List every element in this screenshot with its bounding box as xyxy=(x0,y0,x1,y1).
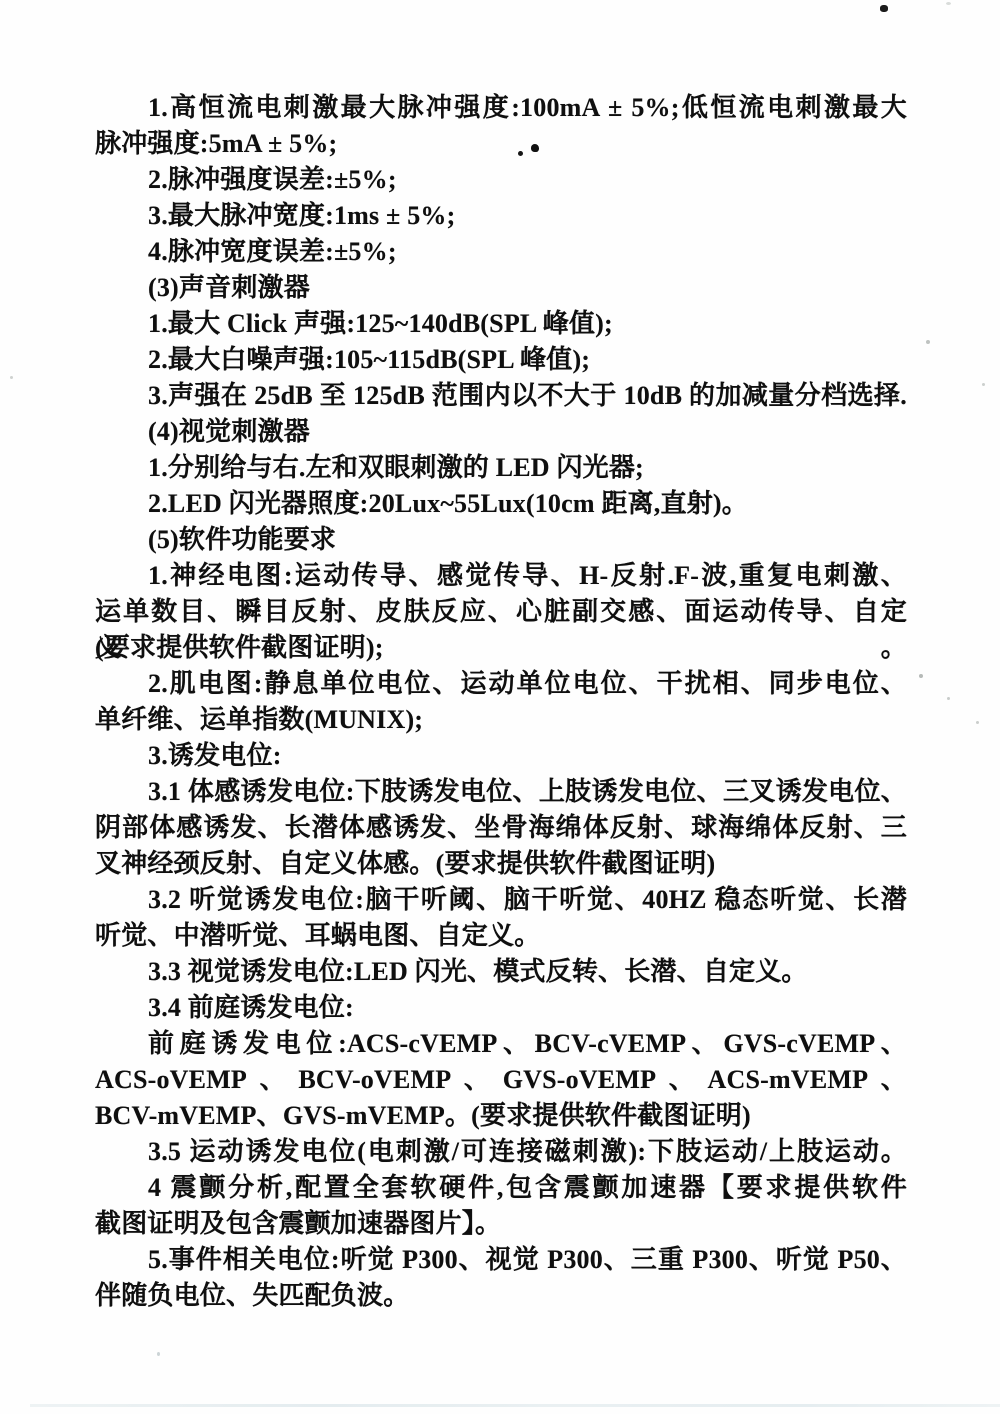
text-line: 伴随负电位、失匹配负波。 xyxy=(95,1278,907,1314)
text-line: 听觉、中潜听觉、耳蜗电图、自定义。 xyxy=(95,918,907,954)
text-line: 3.最大脉冲宽度:1ms ± 5%; xyxy=(95,198,907,234)
text-line: ACS-oVEMP、BCV-oVEMP、GVS-oVEMP、ACS-mVEMP、 xyxy=(95,1062,907,1098)
ink-speck xyxy=(531,144,539,152)
text-line: 3.诱发电位: xyxy=(95,738,907,774)
text-line: 1.最大 Click 声强:125~140dB(SPL 峰值); xyxy=(95,306,907,342)
text-line: 阴部体感诱发、长潜体感诱发、坐骨海绵体反射、球海绵体反射、三 xyxy=(95,810,907,846)
text-line: 3.4 前庭诱发电位: xyxy=(95,990,907,1026)
ink-speck xyxy=(946,2,951,5)
scan-bottom-edge xyxy=(30,1404,1000,1407)
text-line: 1.高恒流电刺激最大脉冲强度:100mA ± 5%;低恒流电刺激最大 xyxy=(95,90,907,126)
text-line: 1.神经电图:运动传导、感觉传导、H-反射.F-波,重复电刺激、 xyxy=(95,558,907,594)
ink-speck xyxy=(947,697,950,700)
text-line: 脉冲强度:5mA ± 5%; xyxy=(95,126,907,162)
ink-speck xyxy=(926,340,930,344)
ink-speck xyxy=(976,721,979,724)
text-line: 3.声强在 25dB 至 125dB 范围内以不大于 10dB 的加减量分档选择… xyxy=(95,378,907,414)
scanned-document-page: 1.高恒流电刺激最大脉冲强度:100mA ± 5%;低恒流电刺激最大脉冲强度:5… xyxy=(0,0,1000,1414)
text-line: 2.肌电图:静息单位电位、运动单位电位、干扰相、同步电位、 xyxy=(95,666,907,702)
ink-speck xyxy=(919,674,923,678)
text-line: 3.1 体感诱发电位:下肢诱发电位、上肢诱发电位、三叉诱发电位、 xyxy=(95,774,907,810)
ink-speck xyxy=(10,376,13,379)
text-line: 2.脉冲强度误差:±5%; xyxy=(95,162,907,198)
text-line: 4.脉冲宽度误差:±5%; xyxy=(95,234,907,270)
text-line: 截图证明及包含震颤加速器图片】。 xyxy=(95,1206,907,1242)
text-line: 1.分别给与右.左和双眼刺激的 LED 闪光器; xyxy=(95,450,907,486)
text-line: 4 震颤分析,配置全套软硬件,包含震颤加速器【要求提供软件 xyxy=(95,1170,907,1206)
text-line: 前庭诱发电位:ACS-cVEMP、BCV-cVEMP、GVS-cVEMP、 xyxy=(95,1026,907,1062)
text-line: (4)视觉刺激器 xyxy=(95,414,907,450)
text-line: BCV-mVEMP、GVS-mVEMP。(要求提供软件截图证明) xyxy=(95,1098,907,1134)
ink-speck xyxy=(982,383,985,386)
ink-speck xyxy=(518,151,523,156)
text-line: 运单数目、瞬目反射、皮肤反应、心脏副交感、面运动传导、自定义。 xyxy=(95,594,907,630)
text-line: (5)软件功能要求 xyxy=(95,522,907,558)
text-line: 3.5 运动诱发电位(电刺激/可连接磁刺激):下肢运动/上肢运动。 xyxy=(95,1134,907,1170)
text-line: 3.3 视觉诱发电位:LED 闪光、模式反转、长潜、自定义。 xyxy=(95,954,907,990)
text-line: (3)声音刺激器 xyxy=(95,270,907,306)
ink-speck xyxy=(157,1352,160,1356)
text-line: 2.LED 闪光器照度:20Lux~55Lux(10cm 距离,直射)。 xyxy=(95,486,907,522)
text-line: 2.最大白噪声强:105~115dB(SPL 峰值); xyxy=(95,342,907,378)
text-line: 叉神经颈反射、自定义体感。(要求提供软件截图证明) xyxy=(95,846,907,882)
text-line: 3.2 听觉诱发电位:脑干听阈、脑干听觉、40HZ 稳态听觉、长潜 xyxy=(95,882,907,918)
text-line: 5.事件相关电位:听觉 P300、视觉 P300、三重 P300、听觉 P50、 xyxy=(95,1242,907,1278)
text-line: 单纤维、运单指数(MUNIX); xyxy=(95,702,907,738)
ink-speck xyxy=(880,5,888,12)
document-text-block: 1.高恒流电刺激最大脉冲强度:100mA ± 5%;低恒流电刺激最大脉冲强度:5… xyxy=(95,90,907,1314)
